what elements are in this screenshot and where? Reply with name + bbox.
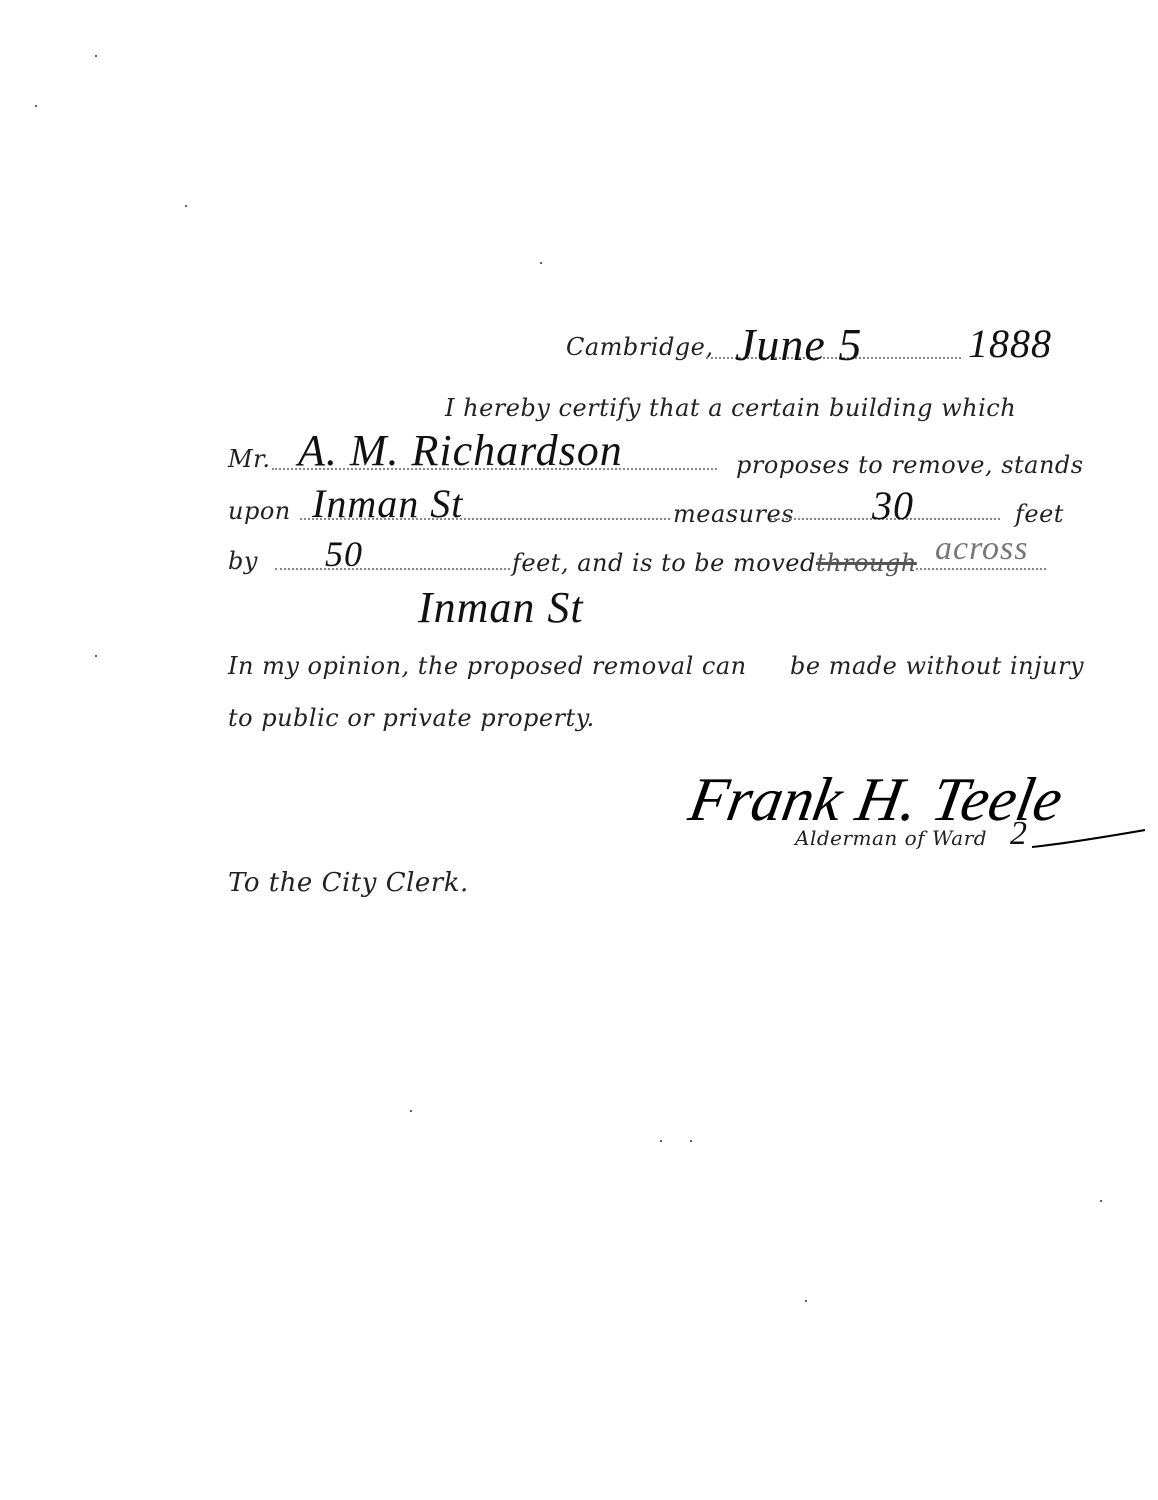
measures-label: measures [673, 500, 794, 528]
direction-dotted-line [916, 568, 1046, 570]
place-label: Cambridge, [566, 333, 714, 361]
opinion-line-2: to public or private property. [228, 704, 595, 732]
scan-speck [1100, 1200, 1102, 1202]
scan-speck [35, 105, 37, 107]
scan-speck [690, 1140, 692, 1142]
by-label: by [228, 547, 258, 575]
length-feet: 50 [325, 533, 363, 575]
signature-title: Alderman of Ward [795, 826, 987, 850]
width-feet: 30 [872, 482, 914, 529]
mr-label: Mr. [228, 445, 271, 473]
date-month-day: June 5 [735, 318, 862, 371]
scan-speck [95, 55, 97, 57]
destination: Inman St [418, 582, 584, 633]
proposes-text: proposes to remove, stands [736, 451, 1084, 479]
opinion-line-1b: be made without injury [790, 652, 1084, 680]
feet-label-1: feet [1015, 500, 1064, 528]
date-year: 1888 [968, 320, 1052, 367]
opinion-line-1a: In my opinion, the proposed removal can [228, 652, 747, 680]
scan-speck [805, 1300, 807, 1302]
feet-moved-text: feet, and is to be moved [512, 549, 816, 577]
signature-flourish [1030, 825, 1150, 855]
scan-speck [540, 262, 542, 264]
length-dotted-line [275, 568, 510, 570]
scan-speck [95, 655, 97, 657]
ward-number: 2 [1010, 815, 1028, 853]
owner-name: A. M. Richardson [298, 425, 623, 476]
upon-label: upon [228, 497, 291, 525]
addressee: To the City Clerk. [228, 868, 469, 898]
struck-word: through [816, 549, 917, 577]
scan-speck [410, 1110, 412, 1112]
scan-speck [660, 1140, 662, 1142]
location: Inman St [312, 480, 463, 527]
certify-text: I hereby certify that a certain building… [445, 394, 1016, 422]
scan-speck [185, 205, 187, 207]
direction: across [935, 530, 1029, 568]
